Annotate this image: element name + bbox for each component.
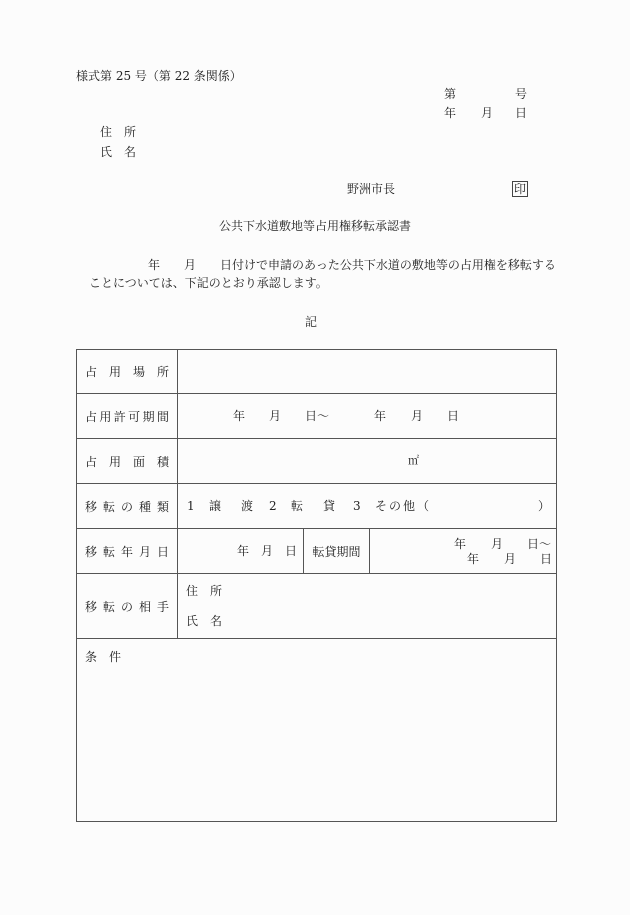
- permit-period-value[interactable]: 年 月 日〜 年 月 日: [178, 394, 557, 439]
- option-assignment[interactable]: 譲 渡: [209, 500, 257, 512]
- option-sublease[interactable]: 転 貸: [291, 500, 339, 512]
- date-month: 月: [481, 107, 493, 119]
- transfer-date-value[interactable]: 年 月 日: [178, 529, 304, 574]
- transferee-value[interactable]: 住 所 氏 名: [178, 574, 557, 639]
- location-value[interactable]: [178, 350, 557, 394]
- label-transfer-type: 移 転 の 種 類: [77, 484, 178, 529]
- seal-mark: 印: [512, 181, 528, 197]
- row-transfer-type: 移 転 の 種 類 1 譲 渡 2 転 貸 3 その他（ ）: [77, 484, 557, 529]
- approval-table: 占 用 場 所 占 用 許 可 期 間 年 月 日〜 年: [76, 349, 557, 822]
- date-year: 年: [444, 107, 456, 119]
- label-permit-period: 占 用 許 可 期 間: [77, 394, 178, 439]
- doc-no-suffix: 号: [515, 88, 527, 100]
- square-meter-unit: ㎡: [408, 455, 419, 466]
- area-value[interactable]: ㎡: [178, 439, 557, 484]
- sublease-period-value[interactable]: 年 月 日〜 年 月 日: [370, 529, 557, 574]
- date-day: 日: [515, 107, 527, 119]
- transferee-address-label: 住 所: [186, 585, 222, 597]
- recipient-name-label: 氏 名: [100, 146, 136, 158]
- conditions-value[interactable]: 条 件: [77, 639, 557, 822]
- body-month: 月: [184, 259, 196, 271]
- form-number: 様式第 25 号（第 22 条関係）: [76, 70, 242, 82]
- body-line1: 日付けで申請のあった公共下水道の敷地等の占用権を移転する: [220, 259, 556, 271]
- row-transferee: 移 転 の 相 手 住 所 氏 名: [77, 574, 557, 639]
- recipient-address-label: 住 所: [100, 126, 136, 138]
- row-conditions: 条 件: [77, 639, 557, 822]
- transfer-type-value[interactable]: 1 譲 渡 2 転 貸 3 その他（ ）: [178, 484, 557, 529]
- body-year: 年: [148, 259, 160, 271]
- transferee-name-label: 氏 名: [186, 615, 222, 627]
- label-location: 占 用 場 所: [77, 350, 178, 394]
- label-transfer-date: 移 転 年 月 日: [77, 529, 178, 574]
- ki-heading: 記: [305, 316, 317, 328]
- label-area: 占 用 面 積: [77, 439, 178, 484]
- row-permit-period: 占 用 許 可 期 間 年 月 日〜 年 月 日: [77, 394, 557, 439]
- option-other[interactable]: その他（: [375, 500, 431, 512]
- label-transferee: 移 転 の 相 手: [77, 574, 178, 639]
- body-line2: ことについては、下記のとおり承認します。: [89, 277, 328, 289]
- label-conditions: 条 件: [77, 639, 556, 665]
- issuer-name: 野洲市長: [347, 183, 395, 195]
- label-sublease-period: 転貸期間: [304, 529, 370, 574]
- row-transfer-date: 移 転 年 月 日 年 月 日 転貸期間 年 月 日〜 年 月: [77, 529, 557, 574]
- row-area: 占 用 面 積 ㎡: [77, 439, 557, 484]
- doc-no-prefix: 第: [444, 88, 456, 100]
- row-location: 占 用 場 所: [77, 350, 557, 394]
- document-title: 公共下水道敷地等占用権移転承認書: [219, 220, 411, 232]
